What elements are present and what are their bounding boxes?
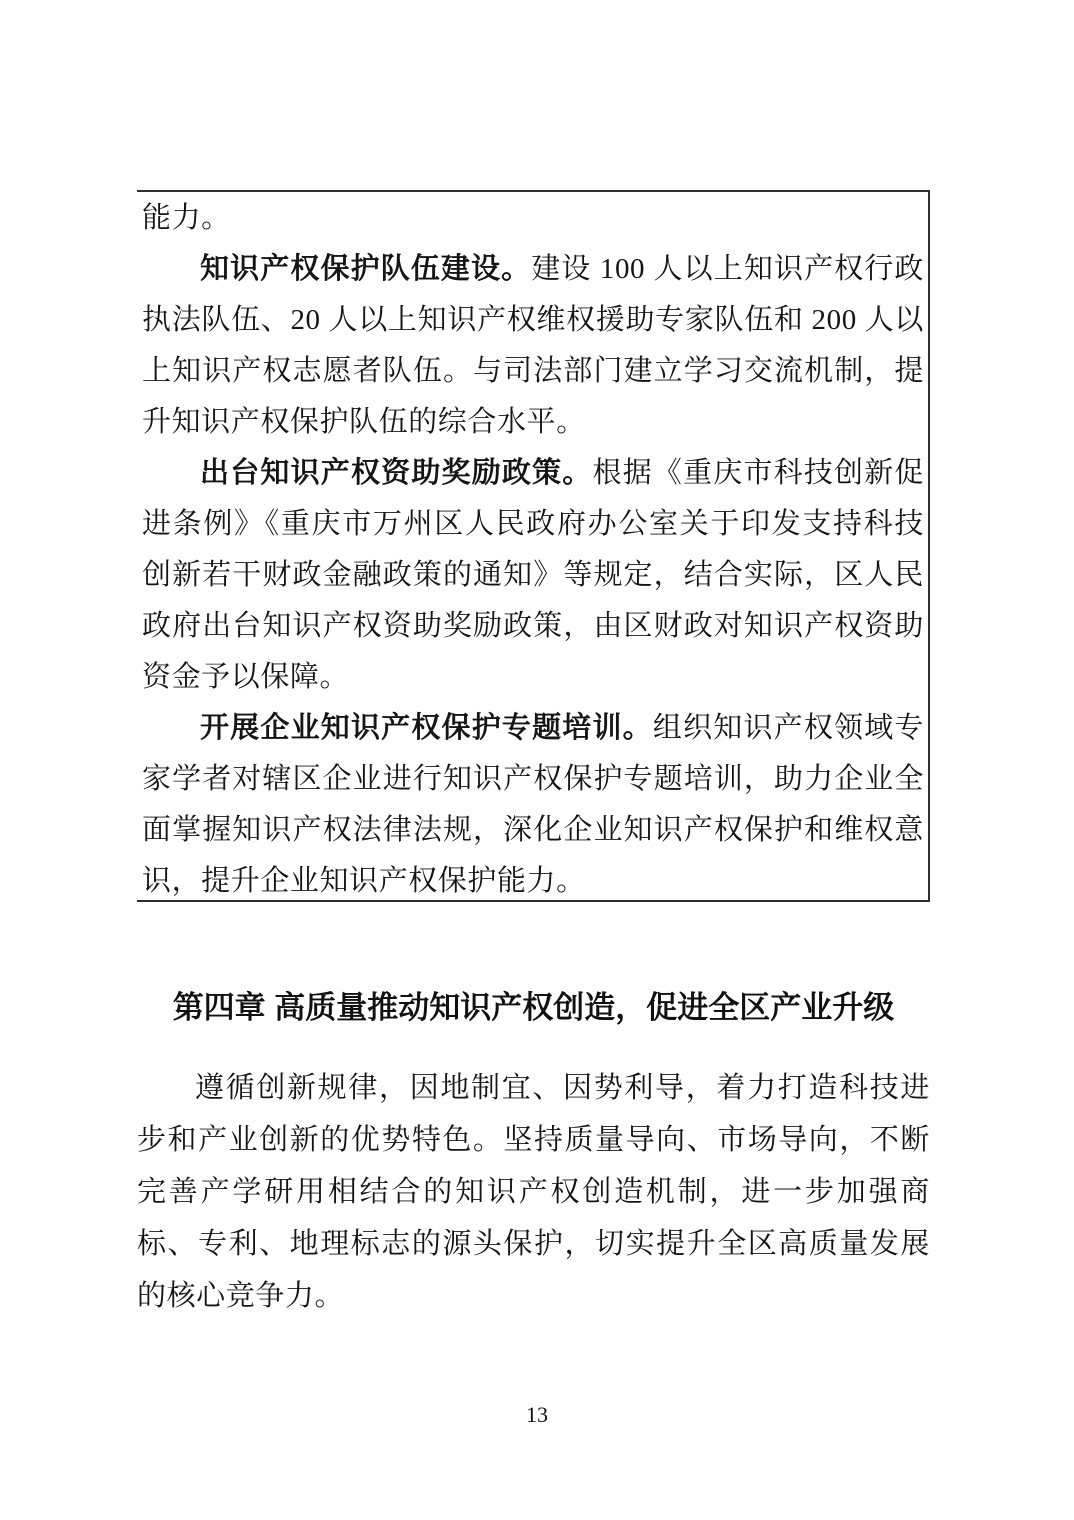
paragraph-text: 根据《重庆市科技创新促进条例》《重庆市万州区人民政府办公室关于印发支持科技创新若… (142, 457, 924, 693)
box-paragraph: 出台知识产权资助奖励政策。根据《重庆市科技创新促进条例》《重庆市万州区人民政府办… (142, 448, 924, 703)
paragraph-lead: 出台知识产权资助奖励政策。 (200, 457, 593, 489)
box-paragraph: 开展企业知识产权保护专题培训。组织知识产权领域专家学者对辖区企业进行知识产权保护… (142, 703, 924, 907)
document-page: 能力。 知识产权保护队伍建设。建设 100 人以上知识产权行政执法队伍、20 人… (0, 0, 1074, 1520)
box-paragraph: 知识产权保护队伍建设。建设 100 人以上知识产权行政执法队伍、20 人以上知识… (142, 244, 924, 448)
box-paragraph-continuation: 能力。 (142, 193, 924, 244)
paragraph-text: 能力。 (142, 202, 231, 234)
body-section: 遵循创新规律，因地制宜、因势利导，着力打造科技进步和产业创新的优势特色。坚持质量… (137, 1062, 930, 1322)
bordered-text-box: 能力。 知识产权保护队伍建设。建设 100 人以上知识产权行政执法队伍、20 人… (137, 190, 930, 902)
body-paragraph: 遵循创新规律，因地制宜、因势利导，着力打造科技进步和产业创新的优势特色。坚持质量… (137, 1062, 930, 1322)
paragraph-lead: 知识产权保护队伍建设。 (200, 253, 531, 285)
page-number: 13 (0, 1402, 1074, 1428)
paragraph-lead: 开展企业知识产权保护专题培训。 (200, 712, 653, 744)
chapter-heading: 第四章 高质量推动知识产权创造，促进全区产业升级 (137, 988, 930, 1028)
